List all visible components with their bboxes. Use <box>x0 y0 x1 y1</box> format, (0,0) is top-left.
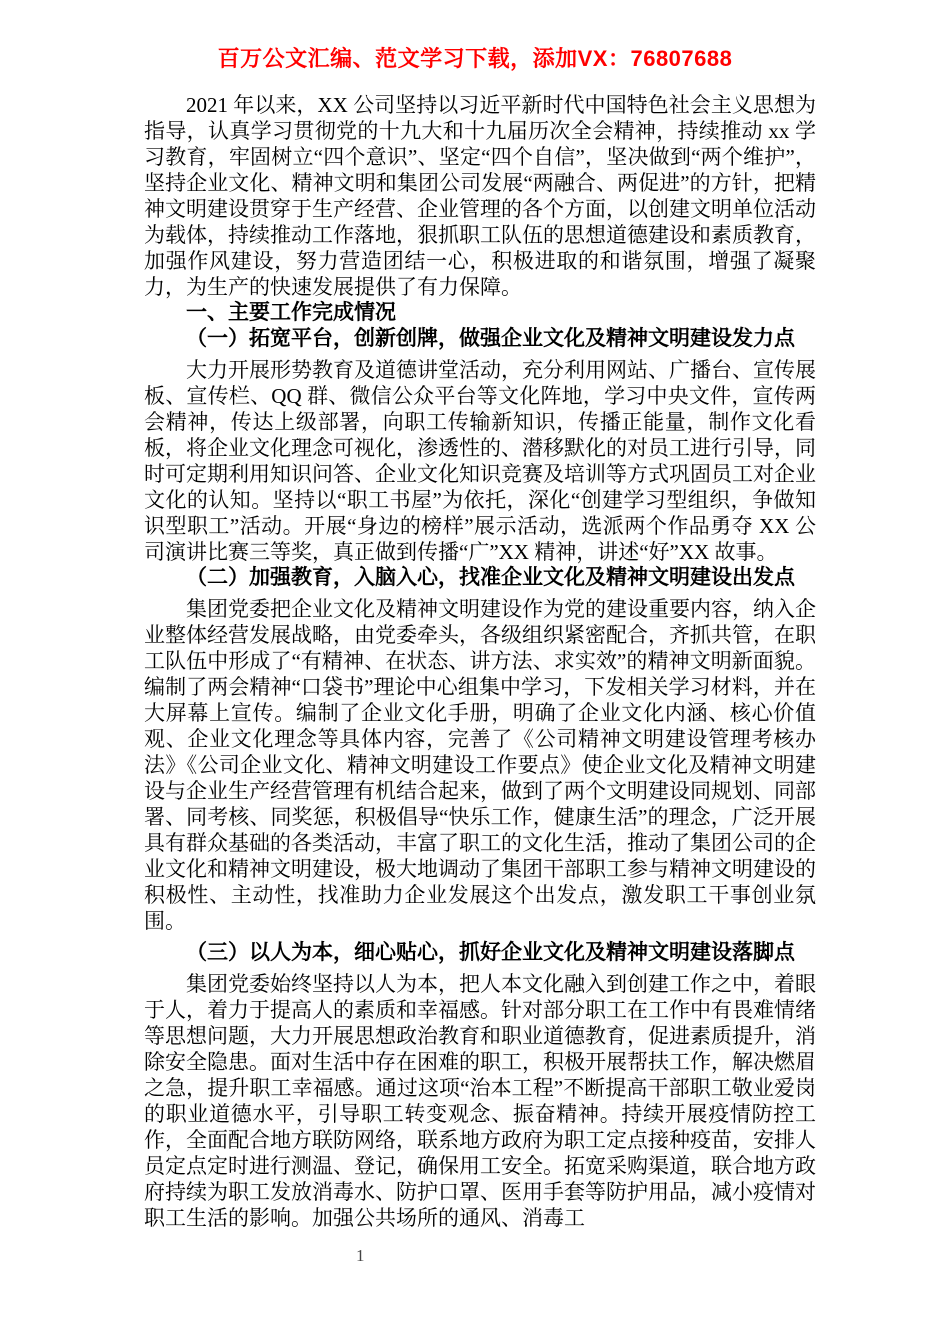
document-page: 百万公文汇编、范文学习下载，添加VX：76807688 2021 年以来，XX … <box>0 0 950 1344</box>
subsection-1-heading: （一）拓宽平台，创新创牌，做强企业文化及精神文明建设发力点 <box>144 326 816 352</box>
subsection-3-heading: （三）以人为本，细心贴心，抓好企业文化及精神文明建设落脚点 <box>144 940 816 966</box>
subsection-2-heading: （二）加强教育，入脑入心，找准企业文化及精神文明建设出发点 <box>144 565 816 591</box>
intro-paragraph: 2021 年以来，XX 公司坚持以习近平新时代中国特色社会主义思想为指导，认真学… <box>144 92 816 300</box>
page-number: 1 <box>356 1246 365 1266</box>
promo-header-text: 百万公文汇编、范文学习下载，添加VX：76807688 <box>0 46 950 72</box>
subsection-2-body: 集团党委把企业文化及精神文明建设作为党的建设重要内容，纳入企业整体经营发展战略，… <box>144 596 816 934</box>
section-title: 一、主要工作完成情况 <box>144 300 816 326</box>
document-body: 2021 年以来，XX 公司坚持以习近平新时代中国特色社会主义思想为指导，认真学… <box>144 92 816 1231</box>
subsection-1-body: 大力开展形势教育及道德讲堂活动，充分利用网站、广播台、宣传展板、宣传栏、QQ 群… <box>144 357 816 565</box>
subsection-3-body: 集团党委始终坚持以人为本，把人本文化融入到创建工作之中，着眼于人，着力于提高人的… <box>144 971 816 1231</box>
